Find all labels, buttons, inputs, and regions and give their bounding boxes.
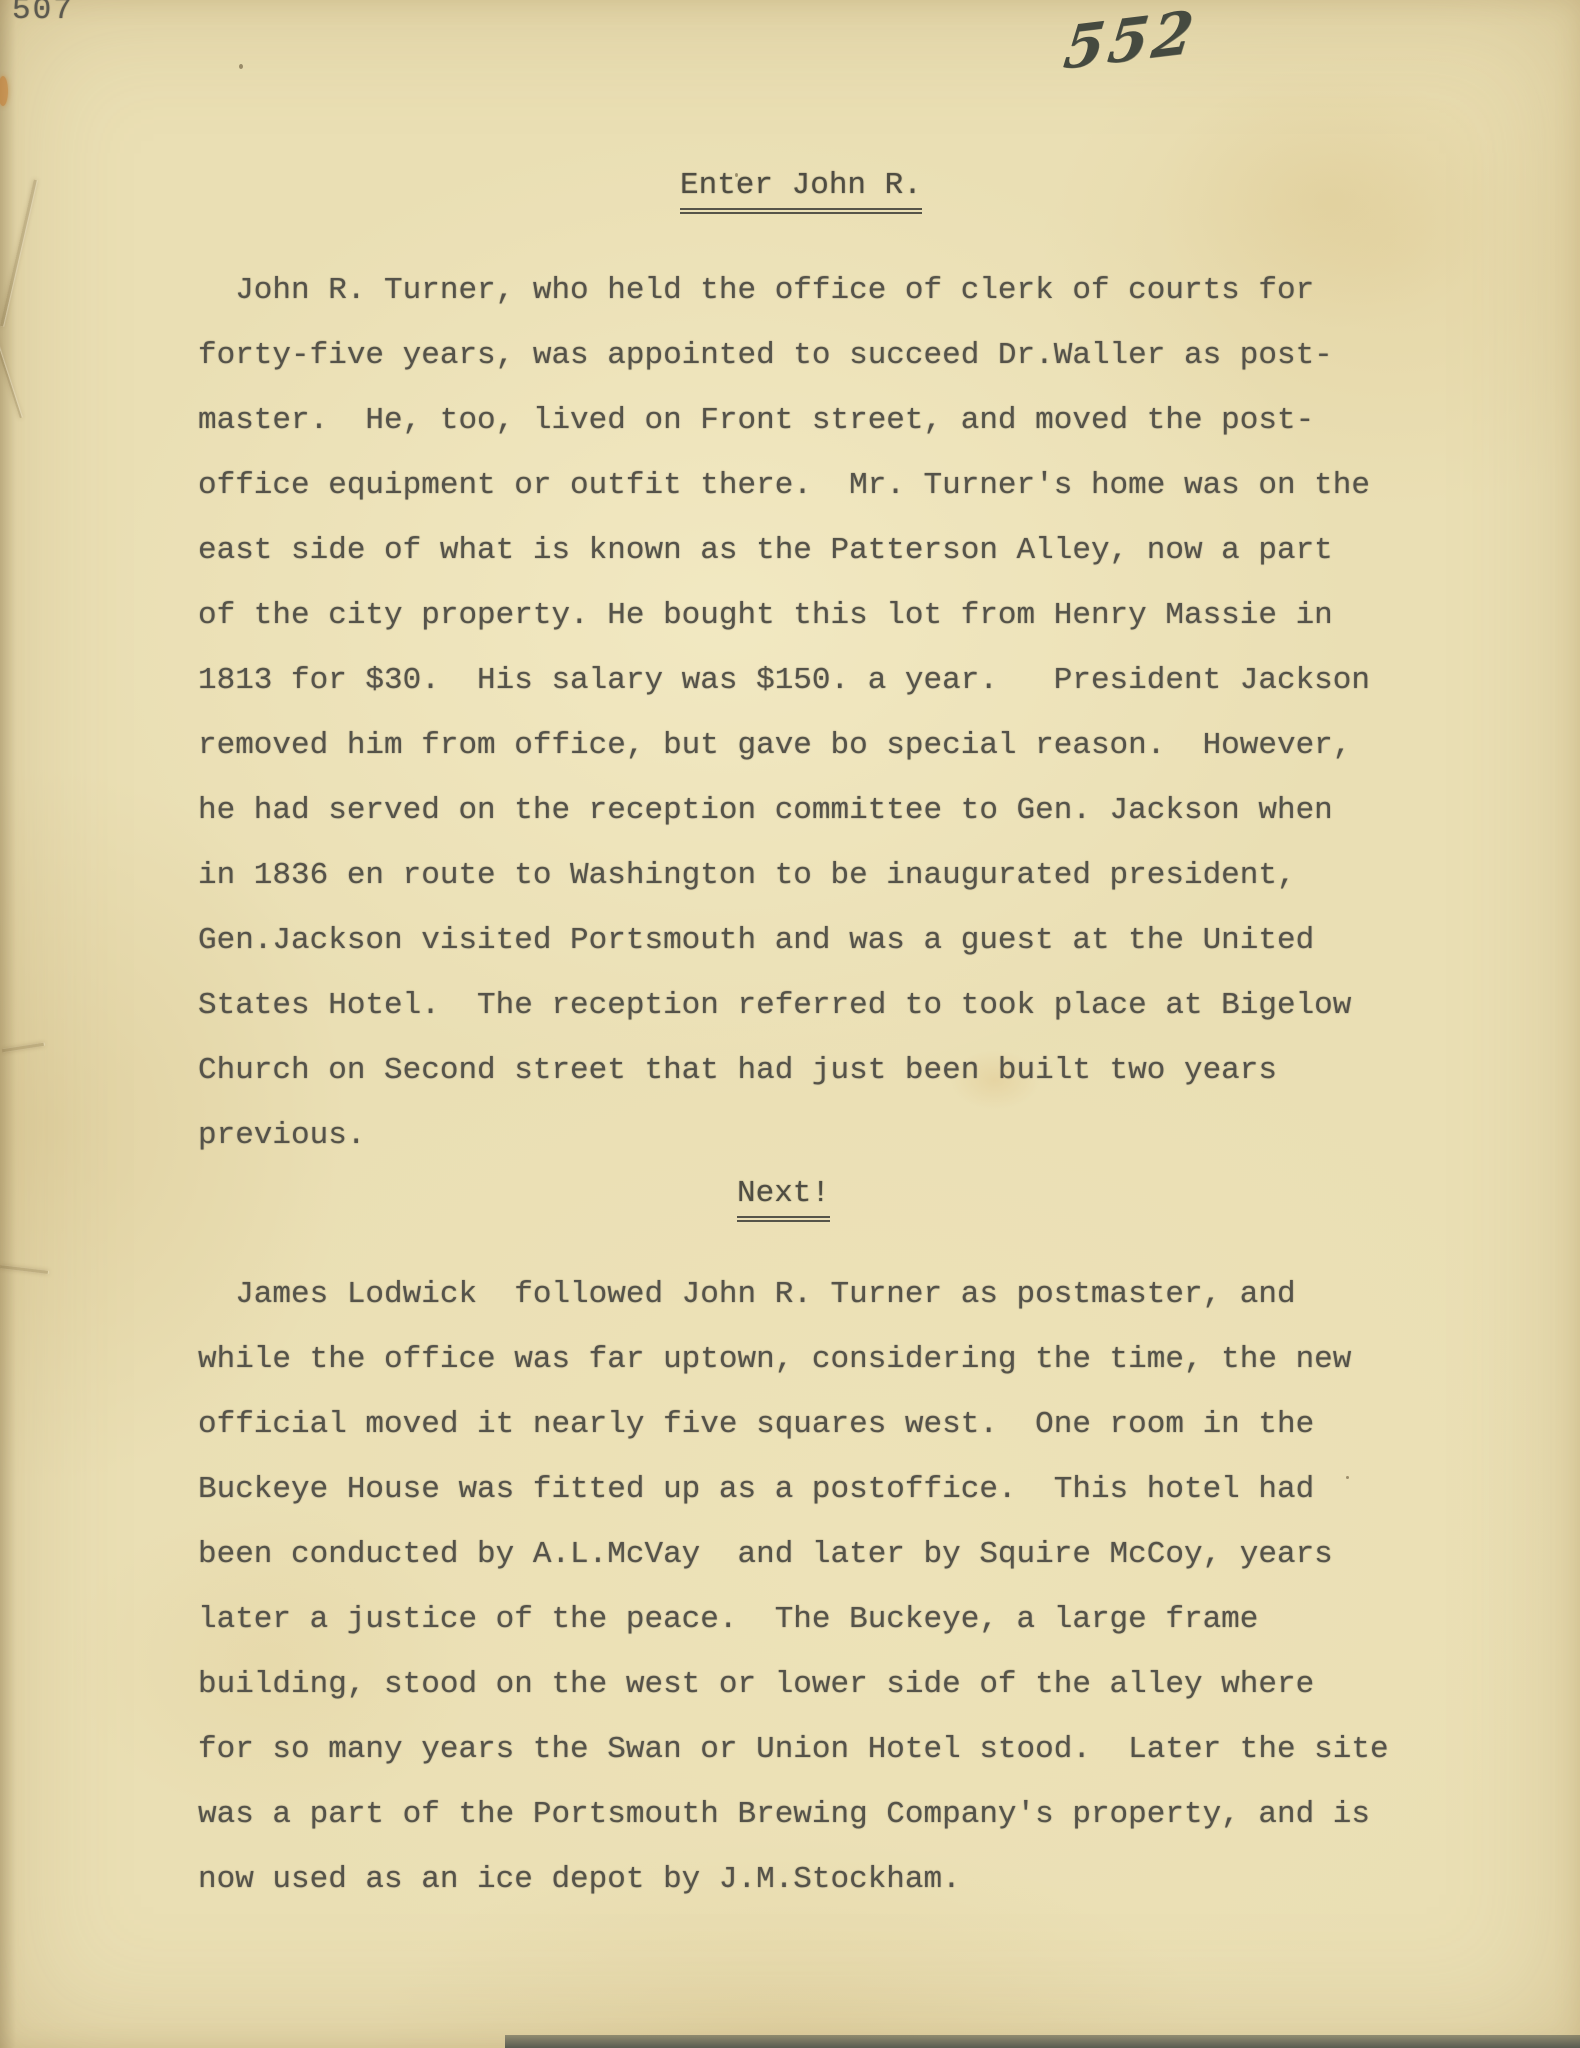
typed-page-number: 507	[12, 0, 74, 28]
paragraph-james-lodwick: James Lodwick followed John R. Turner as…	[198, 1262, 1389, 1912]
typed-line: previous.	[198, 1103, 1370, 1168]
typed-line: forty-five years, was appointed to succe…	[198, 323, 1370, 388]
typed-line: master. He, too, lived on Front street, …	[198, 388, 1370, 453]
scanner-bed-edge	[505, 2035, 1580, 2048]
left-edge-shadow	[0, 0, 16, 2048]
typed-line: removed him from office, but gave bo spe…	[198, 713, 1370, 778]
section-heading-next: Next!	[737, 1176, 830, 1222]
section-heading-enter-john-r: Enter John R.	[680, 168, 922, 214]
paragraph-john-r-turner: John R. Turner, who held the office of c…	[198, 258, 1370, 1168]
typed-line: James Lodwick followed John R. Turner as…	[198, 1262, 1389, 1327]
typed-line: States Hotel. The reception referred to …	[198, 973, 1370, 1038]
scanned-typewritten-page: 507 552 Enter John R. John R. Turner, wh…	[0, 0, 1580, 2048]
typed-line: east side of what is known as the Patter…	[198, 518, 1370, 583]
typed-line: official moved it nearly five squares we…	[198, 1392, 1389, 1457]
typed-line: later a justice of the peace. The Buckey…	[198, 1587, 1389, 1652]
handwritten-page-number: 552	[1060, 0, 1201, 83]
typed-line: he had served on the reception committee…	[198, 778, 1370, 843]
typed-line: 1813 for $30. His salary was $150. a yea…	[198, 648, 1370, 713]
typed-line: building, stood on the west or lower sid…	[198, 1652, 1389, 1717]
typed-line: John R. Turner, who held the office of c…	[198, 258, 1370, 323]
ink-speck	[239, 64, 243, 69]
typed-line: for so many years the Swan or Union Hote…	[198, 1717, 1389, 1782]
typed-line: Buckeye House was fitted up as a postoff…	[198, 1457, 1389, 1522]
typed-line: Church on Second street that had just be…	[198, 1038, 1370, 1103]
typed-line: been conducted by A.L.McVay and later by…	[198, 1522, 1389, 1587]
typed-line: of the city property. He bought this lot…	[198, 583, 1370, 648]
typed-line: now used as an ice depot by J.M.Stockham…	[198, 1847, 1389, 1912]
typed-line: office equipment or outfit there. Mr. Tu…	[198, 453, 1370, 518]
typed-line: while the office was far uptown, conside…	[198, 1327, 1389, 1392]
typed-line: in 1836 en route to Washington to be ina…	[198, 843, 1370, 908]
typed-line: Gen.Jackson visited Portsmouth and was a…	[198, 908, 1370, 973]
typed-line: was a part of the Portsmouth Brewing Com…	[198, 1782, 1389, 1847]
